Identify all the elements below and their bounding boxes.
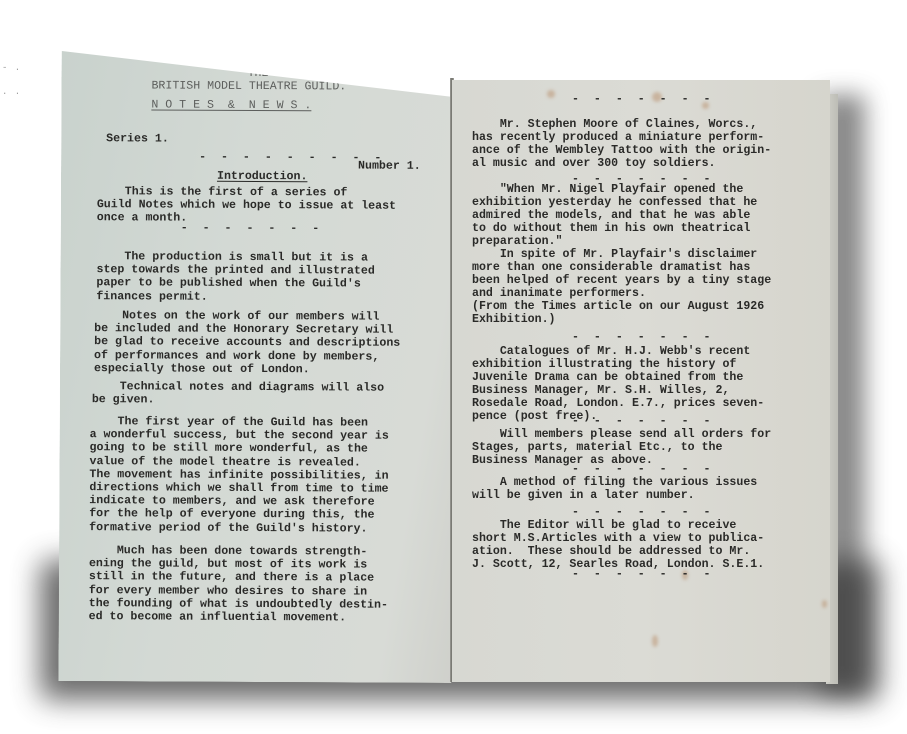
paragraph: A method of filing the various issues wi… xyxy=(472,476,757,502)
header-notes-news: N O T E S & N E W S . xyxy=(151,99,311,112)
paragraph: The production is small but it is a step… xyxy=(96,250,375,304)
paragraph: Much has been done towards strength- eni… xyxy=(89,544,389,625)
separator: - - - - - - - xyxy=(572,332,714,344)
left-page-body: This is the first of a series of Guild N… xyxy=(62,51,455,53)
photo-stage: - .. . THE BRITISH MODEL THEATRE GUILD. … xyxy=(0,0,907,734)
foxing-stain xyxy=(652,635,658,647)
paragraph: Technical notes and diagrams will also b… xyxy=(92,380,384,408)
separator: - - - - - - - xyxy=(181,223,324,236)
section-title: Introduction. xyxy=(217,171,308,184)
left-page: THE BRITISH MODEL THEATRE GUILD. N O T E… xyxy=(58,51,454,683)
header-notes-news-text: N O T E S & N E W S . xyxy=(151,98,311,112)
right-page: Mr. Stephen Moore of Claines, Worcs., ha… xyxy=(452,80,830,682)
margin-specks: - .. . xyxy=(2,62,21,98)
separator: - - - - - - - xyxy=(572,174,714,186)
separator: - - - - - - - xyxy=(572,94,714,106)
paragraph: This is the first of a series of Guild N… xyxy=(97,185,396,226)
separator: - - - - - - - xyxy=(572,416,714,428)
paragraph: Will members please send all orders for … xyxy=(472,428,771,467)
separator: - - - - - - - xyxy=(572,569,714,581)
paragraph: Mr. Stephen Moore of Claines, Worcs., ha… xyxy=(472,118,771,170)
paragraph: The Editor will be glad to receive short… xyxy=(472,519,764,571)
foxing-stain xyxy=(547,90,555,98)
number-label: Number 1. xyxy=(358,161,421,174)
paragraph: Catalogues of Mr. H.J. Webb's recent exh… xyxy=(472,345,764,423)
section-title-text: Introduction. xyxy=(217,170,308,183)
series-label: Series 1. xyxy=(106,133,169,146)
separator: - - - - - - - xyxy=(572,464,714,476)
paragraph: Notes on the work of our members will be… xyxy=(94,309,400,377)
paragraph: "When Mr. Nigel Playfair opened the exhi… xyxy=(472,183,771,326)
header-guild-name: BRITISH MODEL THEATRE GUILD. xyxy=(151,80,346,93)
paragraph: The first year of the Guild has been a w… xyxy=(89,415,389,535)
foxing-stain xyxy=(822,600,827,608)
separator: - - - - - - - xyxy=(572,507,714,519)
